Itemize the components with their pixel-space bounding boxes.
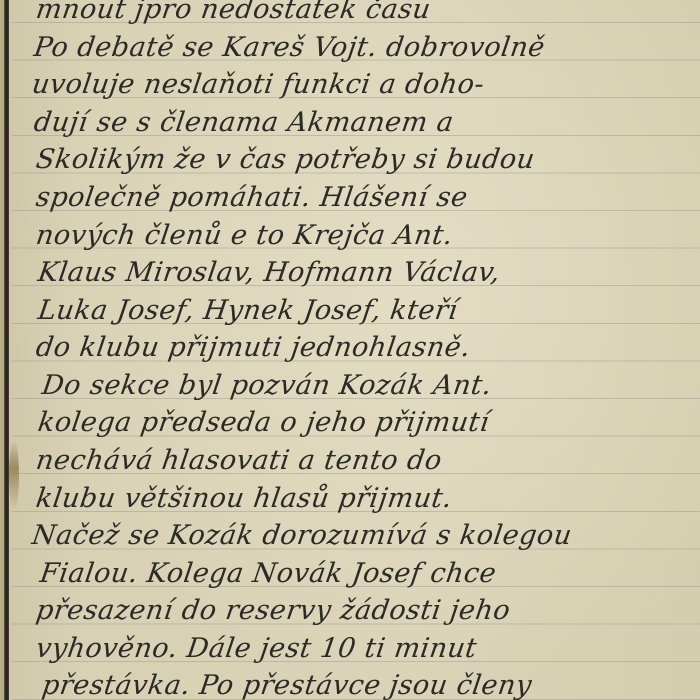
- text-line: Po debatě se Kareš Vojt. dobrovolně: [32, 32, 547, 63]
- text-line: do klubu přijmuti jednohlasně.: [34, 332, 473, 363]
- text-line: nechává hlasovati a tento do: [34, 445, 444, 476]
- text-line: mnout jpro nedostatek času: [34, 0, 433, 25]
- text-line: vyhověno. Dále jest 10 ti minut: [34, 633, 479, 664]
- text-line: přesazení do reservy žádosti jeho: [34, 595, 512, 626]
- text-line: Do sekce byl pozván Kozák Ant.: [40, 370, 494, 401]
- text-line: Načež se Kozák dorozumívá s kolegou: [30, 520, 574, 551]
- notebook-page: mnout jpro nedostatek času Po debatě se …: [0, 0, 700, 700]
- text-line: přestávka. Po přestávce jsou členy: [40, 670, 534, 700]
- paper-stain: [9, 440, 19, 510]
- text-line: nových členů e to Krejča Ant.: [34, 220, 455, 251]
- text-line: uvoluje neslaňoti funkci a doho-: [30, 69, 486, 100]
- binding-line: [4, 0, 9, 700]
- text-line: klubu většinou hlasů přijmut.: [34, 483, 454, 514]
- text-line: Klaus Miroslav, Hofmann Václav,: [36, 257, 502, 288]
- text-line: Luka Josef, Hynek Josef, kteří: [36, 295, 460, 326]
- text-line: dují se s členama Akmanem a: [32, 107, 456, 138]
- text-line: kolega předseda o jeho přijmutí: [36, 407, 491, 438]
- text-line: společně pomáhati. Hlášení se: [34, 182, 470, 213]
- text-line: Skolikým že v čas potřeby si budou: [34, 144, 537, 175]
- text-line: Fialou. Kolega Novák Josef chce: [38, 558, 498, 589]
